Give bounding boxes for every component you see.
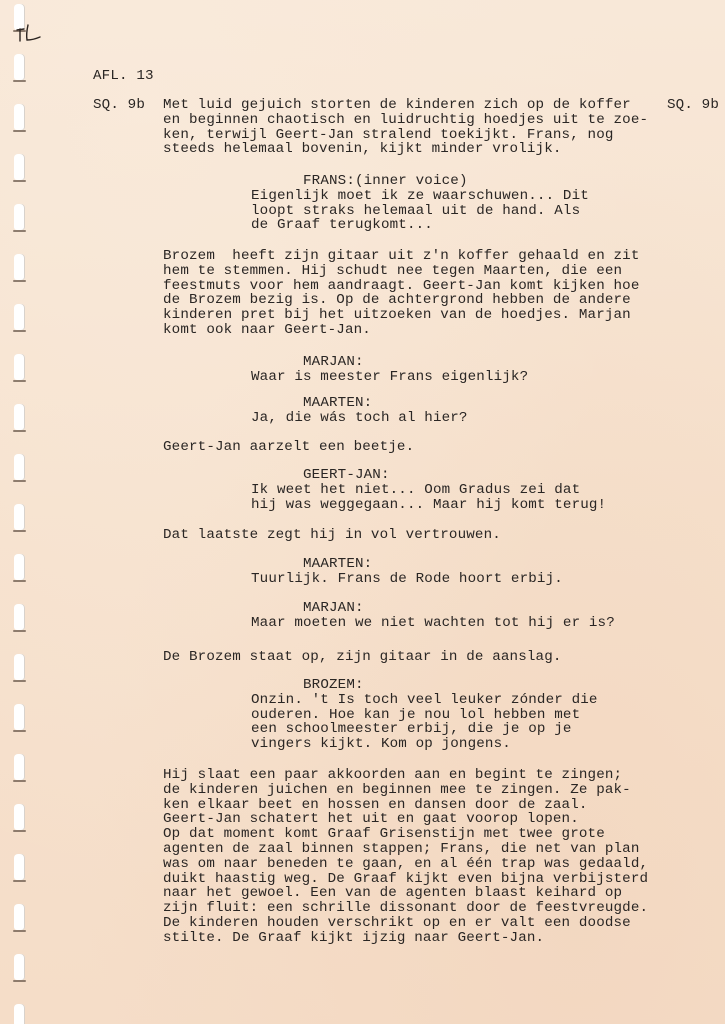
action-line: en beginnen chaotisch en luidruchtig hoe… [163, 113, 648, 128]
dialogue-line: vingers kijkt. Kom op jongens. [251, 737, 598, 752]
action-block: De Brozem staat op, zijn gitaar in de aa… [163, 650, 562, 665]
dialogue-line: ouderen. Hoe kan je nou lol hebben met [251, 708, 598, 723]
action-line: was om naar beneden te gaan, en al één t… [163, 857, 648, 872]
dialogue-line: Ik weet het niet... Oom Gradus zei dat [251, 483, 606, 498]
action-line: De Brozem staat op, zijn gitaar in de aa… [163, 650, 562, 665]
binding-hole [14, 404, 25, 430]
action-line: agenten de zaal binnen stappen; Frans, d… [163, 842, 648, 857]
binding-hole [14, 704, 25, 730]
dialogue-block: MAARTEN:Tuurlijk. Frans de Rode hoort er… [163, 557, 563, 587]
speaker-name: GEERT-JAN: [303, 468, 606, 483]
action-line: komt ook naar Geert-Jan. [163, 323, 640, 338]
action-line: kinderen pret bij het uitzoeken van de h… [163, 308, 640, 323]
binding-hole [14, 504, 25, 530]
action-block: Met luid gejuich storten de kinderen zic… [163, 98, 648, 157]
action-line: ken, terwijl Geert-Jan stralend toekijkt… [163, 128, 648, 143]
dialogue-block: BROZEM:Onzin. 't Is toch veel leuker zón… [163, 678, 598, 752]
action-line: zijn fluit: een schrille dissonant door … [163, 901, 648, 916]
binding-hole [14, 854, 25, 880]
dialogue-line: Ja, die wás toch al hier? [251, 411, 468, 426]
dialogue-line: een schoolmeester erbij, die je op je [251, 722, 598, 737]
binding-hole [14, 604, 25, 630]
dialogue-line: Waar is meester Frans eigenlijk? [251, 370, 528, 385]
binding-hole [14, 104, 25, 130]
speaker-name: MARJAN: [303, 601, 615, 616]
action-line: De kinderen houden verschrikt op en er v… [163, 916, 648, 931]
dialogue-line: Eigenlijk moet ik ze waarschuwen... Dit [251, 189, 589, 204]
action-line: duikt haastig weg. De Graaf kijkt even b… [163, 872, 648, 887]
action-line: de kinderen juichen en beginnen mee te z… [163, 783, 648, 798]
binding-hole [14, 654, 25, 680]
speaker-name: MARJAN: [303, 355, 528, 370]
dialogue-block: FRANS:(inner voice)Eigenlijk moet ik ze … [163, 174, 589, 233]
scene-label-right: SQ. 9b [667, 98, 719, 113]
binding-hole [14, 254, 25, 280]
handwritten-mark [15, 22, 41, 44]
dialogue-block: MAARTEN:Ja, die wás toch al hier? [163, 396, 468, 426]
dialogue-block: GEERT-JAN:Ik weet het niet... Oom Gradus… [163, 468, 606, 512]
action-block: Brozem heeft zijn gitaar uit z'n koffer … [163, 249, 640, 338]
binding-hole [14, 554, 25, 580]
action-line: feestmuts voor hem aandraagt. Geert-Jan … [163, 279, 640, 294]
dialogue-block: MARJAN:Maar moeten we niet wachten tot h… [163, 601, 615, 631]
action-line: naar het gewoel. Een van de agenten blaa… [163, 886, 648, 901]
dialogue-line: hij was weggegaan... Maar hij komt terug… [251, 498, 606, 513]
binding-hole [14, 454, 25, 480]
action-line: de Brozem bezig is. Op de achtergrond he… [163, 293, 640, 308]
binding-hole [14, 754, 25, 780]
dialogue-line: Tuurlijk. Frans de Rode hoort erbij. [251, 572, 563, 587]
binding-hole [14, 304, 25, 330]
speaker-name: MAARTEN: [303, 557, 563, 572]
scene-label-left: SQ. 9b [93, 98, 145, 113]
action-line: Geert-Jan schatert het uit en gaat vooro… [163, 812, 648, 827]
action-block: Geert-Jan aarzelt een beetje. [163, 440, 414, 455]
action-line: steeds helemaal bovenin, kijkt minder vr… [163, 142, 648, 157]
action-line: Met luid gejuich storten de kinderen zic… [163, 98, 648, 113]
binding-hole [14, 1004, 25, 1024]
speaker-name: MAARTEN: [303, 396, 468, 411]
dialogue-line: Maar moeten we niet wachten tot hij er i… [251, 616, 615, 631]
action-block: Hij slaat een paar akkoorden aan en begi… [163, 768, 648, 946]
action-line: Brozem heeft zijn gitaar uit z'n koffer … [163, 249, 640, 264]
action-line: Hij slaat een paar akkoorden aan en begi… [163, 768, 648, 783]
dialogue-line: de Graaf terugkomt... [251, 218, 589, 233]
speaker-name: BROZEM: [303, 678, 598, 693]
episode-number: AFL. 13 [93, 69, 154, 84]
binding-hole [14, 904, 25, 930]
action-block: Dat laatste zegt hij in vol vertrouwen. [163, 528, 501, 543]
binding-hole [14, 954, 25, 980]
action-line: Op dat moment komt Graaf Grisenstijn met… [163, 827, 648, 842]
binding-hole [14, 54, 25, 80]
action-line: hem te stemmen. Hij schudt nee tegen Maa… [163, 264, 640, 279]
binding-hole [14, 804, 25, 830]
dialogue-line: Onzin. 't Is toch veel leuker zónder die [251, 693, 598, 708]
action-line: Geert-Jan aarzelt een beetje. [163, 440, 414, 455]
action-line: Dat laatste zegt hij in vol vertrouwen. [163, 528, 501, 543]
dialogue-line: loopt straks helemaal uit de hand. Als [251, 204, 589, 219]
action-line: stilte. De Graaf kijkt ijzig naar Geert-… [163, 931, 648, 946]
dialogue-block: MARJAN:Waar is meester Frans eigenlijk? [163, 355, 528, 385]
binding-hole [14, 204, 25, 230]
binding-hole [14, 154, 25, 180]
script-page: AFL. 13 SQ. 9b SQ. 9b Met luid gejuich s… [0, 0, 725, 1024]
speaker-name: FRANS:(inner voice) [303, 174, 589, 189]
binding-holes [12, 0, 32, 1024]
binding-hole [14, 354, 25, 380]
action-line: ken elkaar beet en hossen en dansen door… [163, 798, 648, 813]
